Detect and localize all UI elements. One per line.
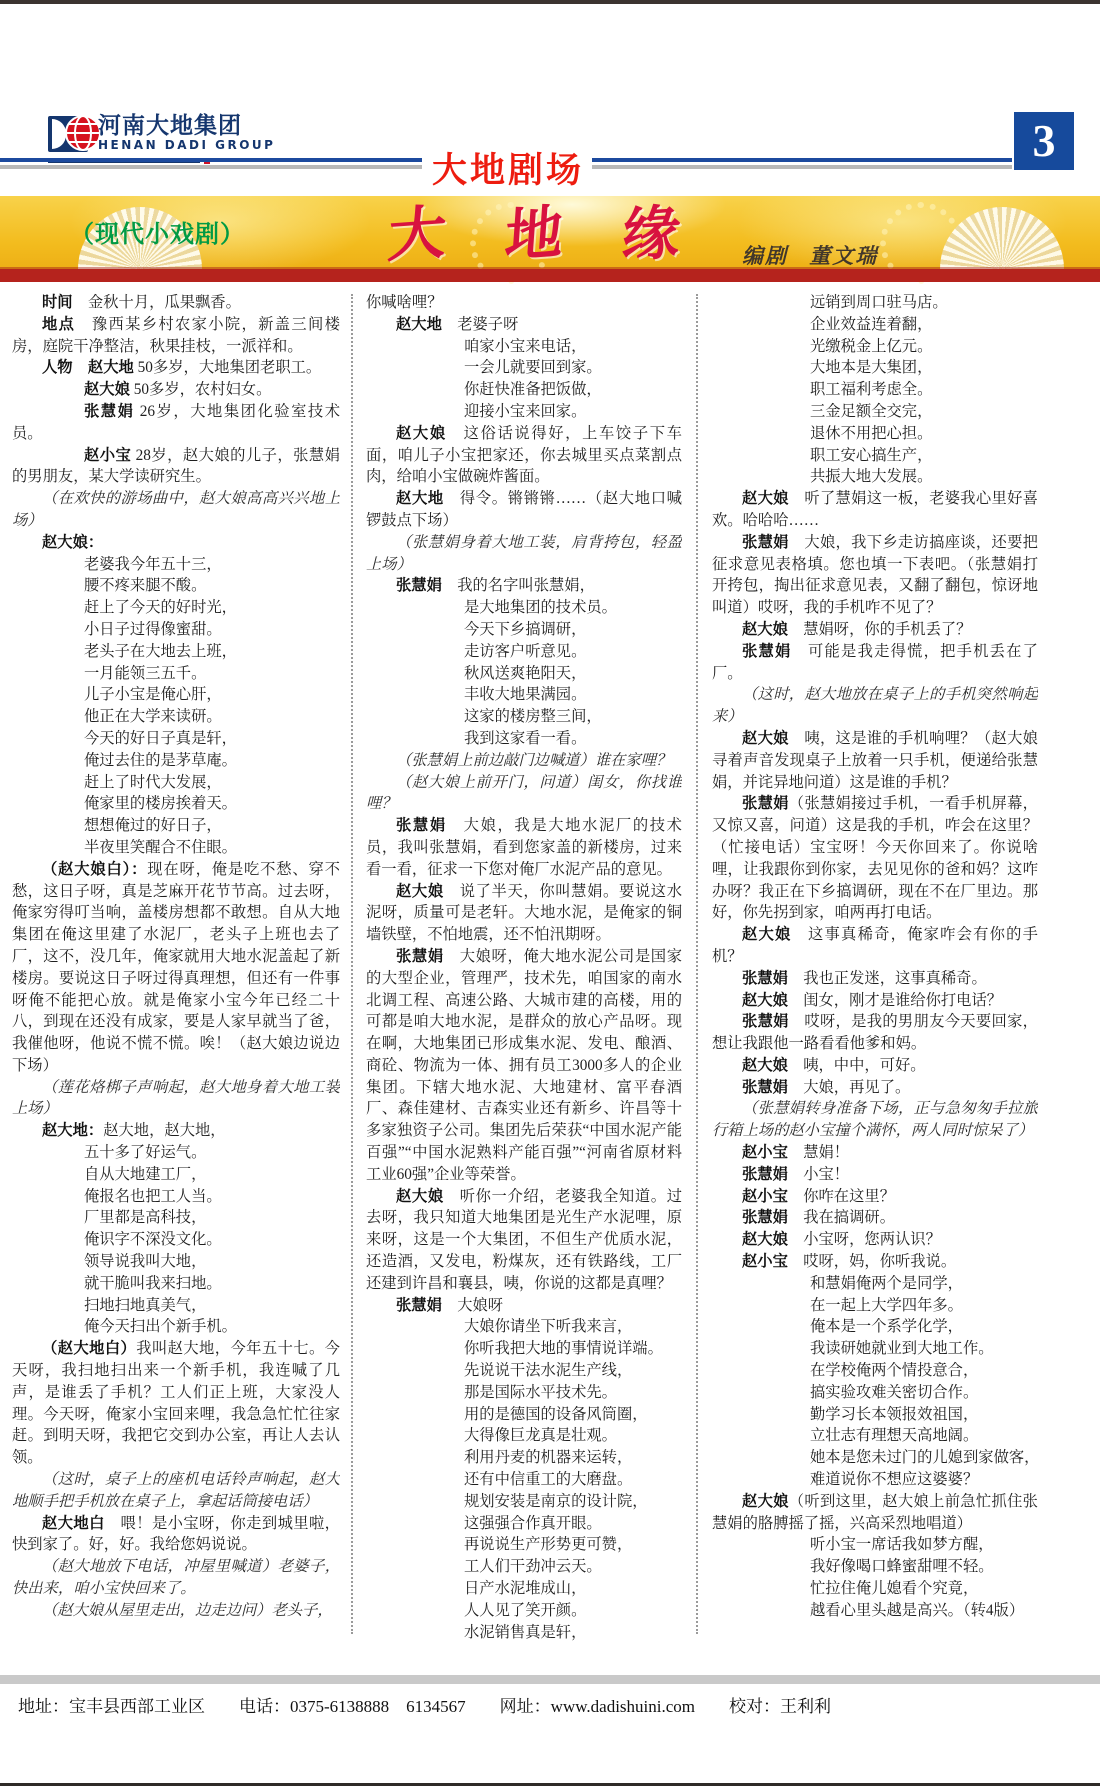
speaker-paragraph: 赵大娘 咦，中中，可好。	[712, 1055, 1038, 1077]
verse-line: 远销到周口驻马店。	[810, 292, 1038, 314]
verse-line: 半夜里笑醒合不住眼。	[84, 837, 340, 859]
speaker-name: 赵大娘	[742, 991, 788, 1009]
speaker-paragraph: 赵大娘 咦，这是谁的手机响哩？（赵大娘寻着声音发现桌子上放着一只手机，便递给张慧…	[712, 728, 1038, 793]
verse-line: 是大地集团的技术员。	[464, 597, 682, 619]
verse-line: 我到这家看一看。	[464, 728, 682, 750]
speaker-name: 张慧娟	[396, 576, 442, 594]
speaker-paragraph: 张慧娟 我也正发迷，这事真稀奇。	[712, 968, 1038, 990]
speaker-paragraph: 张慧娟 小宝！	[712, 1164, 1038, 1186]
verse-line: 光缴税金上亿元。	[810, 336, 1038, 358]
verse-line: 咱家小宝来电话，	[464, 336, 682, 358]
script-column-3: 远销到周口驻马店。企业效益连着翻，光缴税金上亿元。大地本是大集团，职工福利考虑全…	[712, 292, 1038, 1664]
meta-label: 人物	[42, 358, 73, 376]
verse-line: 俺报名也把工人当。	[84, 1186, 340, 1208]
speaker-paragraph: 赵大娘 听了慧娟这一板，老婆我心里好喜欢。哈哈哈……	[712, 488, 1038, 532]
verse-line: 立壮志有理想天高地阔。	[810, 1425, 1038, 1447]
verse-line: 俺家里的楼房挨着天。	[84, 793, 340, 815]
speaker-paragraph: 赵大娘 慧娟呀，你的手机丢了？	[712, 619, 1038, 641]
header-rule-right	[592, 158, 1012, 169]
column-separator	[351, 294, 353, 1634]
verse-block: 老婆我今年五十三，腰不疼来腿不酸。赶上了今天的好时光，小日子过得像蜜甜。老头子在…	[12, 554, 340, 859]
verse-line: 她本是您未过门的儿媳到家做客，	[810, 1447, 1038, 1469]
character-row: 赵大娘 50多岁，农村妇女。	[12, 379, 340, 401]
speaker-name: 张慧娟	[742, 1208, 788, 1226]
stage-direction: （赵大娘上前开门，问道）闺女，你找谁哩？	[366, 772, 682, 816]
meta-row: 地点 豫西某乡村农家小院，新盖三间楼房，庭院干净整洁，秋果挂枝，一派祥和。	[12, 314, 340, 358]
verse-block: 大娘你请坐下听我来言，你听我把大地的事情说详端。先说说干法水泥生产线，那是国际水…	[366, 1316, 682, 1643]
speaker-name: 张慧娟	[742, 1078, 788, 1096]
stage-direction: （张慧娟上前边敲门边喊道）谁在家哩？	[366, 750, 682, 772]
character-row: 赵小宝 28岁，赵大娘的儿子，张慧娟的男朋友，某大学读研究生。	[12, 445, 340, 489]
globe-icon	[64, 114, 102, 157]
speaker-paragraph: 赵大娘 说了半天，你叫慧娟。要说这水泥呀，质量可是老轩。大地水泥，是俺家的铜墙铁…	[366, 881, 682, 946]
speaker-name: 张慧娟	[742, 969, 788, 987]
stage-direction: （赵大娘从屋里走出，边走边问）老头子，	[12, 1600, 340, 1622]
speaker-paragraph: （赵大地白）我叫赵大地，今年五十七。今天呀，我扫地扫出来一个新手机，我连喊了几声…	[12, 1338, 340, 1469]
speaker-name: （赵大地白）	[42, 1339, 136, 1357]
speaker-name: 赵大地	[396, 315, 442, 333]
meta-label: 地点	[42, 315, 75, 333]
speaker-name: 赵大娘	[396, 1187, 444, 1205]
verse-line: 越看心里头越是高兴。（转4版）	[810, 1600, 1038, 1622]
verse-line: 勤学习长本领报效祖国，	[810, 1404, 1038, 1426]
verse-line: 那是国际水平技术先。	[464, 1382, 682, 1404]
footer-divider	[0, 1675, 1100, 1684]
speaker-name: 赵大娘：	[42, 533, 103, 551]
meta-label: 时间	[42, 293, 73, 311]
verse-line: 腰不疼来腿不酸。	[84, 575, 340, 597]
speaker-paragraph: 赵大地白 喂！是小宝呀，你走到城里啦，快到家了。好，好。我给您妈说说。	[12, 1513, 340, 1557]
speaker-name: 张慧娟	[742, 533, 789, 551]
logo-name-cn: 河南大地集团	[98, 114, 275, 138]
speaker-name: 赵大地	[396, 489, 444, 507]
stage-direction: （赵大地放下电话，冲屋里喊道）老婆子，快出来，咱小宝快回来了。	[12, 1556, 340, 1600]
script-column-2: 你喊啥哩？赵大地 老婆子呀咱家小宝来电话，一会儿就要回到家。你赶快准备把饭做，迎…	[366, 292, 682, 1664]
verse-line: 一月能领三五千。	[84, 663, 340, 685]
speaker-paragraph: 赵小宝 你咋在这里？	[712, 1186, 1038, 1208]
verse-line: 赶上了时代大发展，	[84, 772, 340, 794]
speaker-paragraph: 赵大娘 闺女，刚才是谁给你打电话？	[712, 990, 1038, 1012]
verse-line: 大娘你请坐下听我来言，	[464, 1316, 682, 1338]
speaker-paragraph: 赵大娘 小宝呀，您两认识？	[712, 1229, 1038, 1251]
verse-line: 俺今天扫出个新手机。	[84, 1316, 340, 1338]
verse-line: 人人见了笑开颜。	[464, 1600, 682, 1622]
verse-line: 这强强合作真开眼。	[464, 1513, 682, 1535]
verse-line: 丰收大地果满园。	[464, 684, 682, 706]
verse-line: 今天下乡搞调研，	[464, 619, 682, 641]
verse-line: 赶上了今天的好时光，	[84, 597, 340, 619]
verse-line: 水泥销售真是轩，	[464, 1622, 682, 1644]
speaker-name: 张慧娟	[396, 947, 444, 965]
speaker-verse-line: 赵大娘：	[12, 532, 340, 554]
speaker-paragraph: 赵大娘 这事真稀奇，俺家咋会有你的手机？	[712, 924, 1038, 968]
speaker-paragraph: （赵大娘白）：现在呀，俺是吃不愁、穿不愁，这日子呀，真是芝麻开花节节高。过去呀，…	[12, 859, 340, 1077]
verse-line: 今天的好日子真是轩，	[84, 728, 340, 750]
verse-line: 老头子在大地去上班，	[84, 641, 340, 663]
speaker-name: 赵小宝	[742, 1252, 788, 1270]
verse-line: 共振大地大发展。	[810, 466, 1038, 488]
play-title-char: 地	[503, 202, 565, 269]
verse-line: 俺过去住的是茅草庵。	[84, 750, 340, 772]
verse-line: 儿子小宝是俺心肝，	[84, 684, 340, 706]
speaker-name: 张慧娟	[396, 816, 447, 834]
speaker-name: （赵大娘白）：	[42, 860, 147, 878]
verse-line: 一会儿就要回到家。	[464, 357, 682, 379]
newspaper-page: 河南大地集团 HENAN DADI GROUP 3 大地剧场 （现代小戏剧） 大…	[0, 0, 1100, 1786]
verse-line: 俺本是一个系学化学，	[810, 1316, 1038, 1338]
stage-direction: （在欢快的游场曲中，赵大娘高高兴兴地上场）	[12, 488, 340, 532]
verse-line: 搞实验攻难关密切合作。	[810, 1382, 1038, 1404]
verse-line: 职工福利考虑全。	[810, 379, 1038, 401]
verse-line: 这家的楼房整三间，	[464, 706, 682, 728]
footer-address: 地址：宝丰县西部工业区	[18, 1692, 205, 1717]
speaker-name: 赵大娘	[742, 1230, 788, 1248]
verse-line: 你听我把大地的事情说详端。	[464, 1338, 682, 1360]
speaker-name: 张慧娟	[742, 1165, 788, 1183]
play-title-char: 大	[386, 202, 448, 269]
verse-line: 工人们干劲冲云天。	[464, 1556, 682, 1578]
speaker-name: 赵小宝	[742, 1187, 788, 1205]
verse-line: 和慧娟俺两个是同学，	[810, 1273, 1038, 1295]
speaker-verse-line: 赵大地 老婆子呀	[366, 314, 682, 336]
verse-line: 俺识字不深没文化。	[84, 1229, 340, 1251]
page-number-badge: 3	[1014, 112, 1074, 170]
verse-line: 听小宝一席话我如梦方醒，	[810, 1534, 1038, 1556]
playwright-credit: 编剧 董文瑞	[742, 240, 878, 270]
verse-line: 用的是德国的设备风筒圈，	[464, 1404, 682, 1426]
verse-line: 三金足额全交完，	[810, 401, 1038, 423]
script-column-1: 时间 金秋十月，瓜果飘香。地点 豫西某乡村农家小院，新盖三间楼房，庭院干净整洁，…	[12, 292, 340, 1664]
speaker-name: 赵大地白	[42, 1514, 105, 1532]
speaker-paragraph: 张慧娟 大娘，再见了。	[712, 1077, 1038, 1099]
verse-line: 秋风送爽艳阳天，	[464, 663, 682, 685]
logo-text: 河南大地集团 HENAN DADI GROUP	[98, 114, 275, 152]
stage-direction: （这时，桌子上的座机电话铃声响起，赵大地顺手把手机放在桌子上，拿起话筒接电话）	[12, 1469, 340, 1513]
verse-line: 你赶快准备把饭做，	[464, 379, 682, 401]
verse-line: 想想俺过的好日子，	[84, 815, 340, 837]
verse-line: 领导说我叫大地，	[84, 1251, 340, 1273]
speaker-name: 张慧娟	[396, 1296, 442, 1314]
verse-line: 还有中信重工的大磨盘。	[464, 1469, 682, 1491]
verse-block: 听小宝一席话我如梦方醒，我好像喝口蜂蜜甜哩不轻。忙拉住俺儿媳看个究竟，越看心里头…	[712, 1534, 1038, 1621]
stage-direction: （张慧娟转身准备下场，正与急匆匆手拉旅行箱上场的赵小宝撞个满怀，两人同时惊呆了）	[712, 1098, 1038, 1142]
company-logo: 河南大地集团 HENAN DADI GROUP	[48, 114, 288, 160]
verse-line: 再说说生产形势更可赞，	[464, 1534, 682, 1556]
credit-name: 董文瑞	[809, 244, 878, 268]
speaker-name: 赵大娘	[742, 620, 788, 638]
verse-block: 和慧娟俺两个是同学，在一起上大学四年多。俺本是一个系学化学，我读研她就业到大地工…	[712, 1273, 1038, 1491]
speaker-paragraph: 张慧娟 可能是我走得慌，把手机丢在了厂。	[712, 641, 1038, 685]
character-row: 张慧娟 26岁，大地集团化验室技术员。	[12, 401, 340, 445]
speaker-name: 张慧娟	[742, 794, 789, 812]
speaker-name: 赵大娘	[396, 424, 447, 442]
speaker-paragraph: 赵大娘 听你一介绍，老婆我全知道。过去呀，我只知道大地集团是光生产水泥哩，原来呀…	[366, 1186, 682, 1295]
character-name: 赵大地	[88, 358, 134, 376]
verse-line: 厂里都是高科技，	[84, 1207, 340, 1229]
speaker-name: 赵大娘	[742, 1056, 788, 1074]
speaker-name: 张慧娟	[742, 642, 792, 660]
speaker-verse-line: 张慧娟 大娘呀	[366, 1295, 682, 1317]
verse-line: 日产水泥堆成山，	[464, 1578, 682, 1600]
speaker-paragraph: 张慧娟 大娘，我是大地水泥厂的技术员，我叫张慧娟，看到您家盖的新楼房，过来看一看…	[366, 815, 682, 880]
verse-line: 走访客户听意见。	[464, 641, 682, 663]
verse-line: 忙拉住俺儿媳看个究竟，	[810, 1578, 1038, 1600]
verse-line: 在一起上大学四年多。	[810, 1295, 1038, 1317]
play-genre-label: （现代小戏剧）	[70, 214, 245, 249]
header-rule-left	[0, 158, 422, 169]
footer-info: 地址：宝丰县西部工业区 电话：0375-6138888 6134567 网址：w…	[18, 1692, 1082, 1717]
top-border	[0, 0, 1100, 4]
verse-line: 企业效益连着翻，	[810, 314, 1038, 336]
speaker-name: 张慧娟	[742, 1012, 789, 1030]
verse-line: 老婆我今年五十三，	[84, 554, 340, 576]
verse-line: 扫地扫地真美气，	[84, 1295, 340, 1317]
verse-block: 五十多了好运气。自从大地建工厂，俺报名也把工人当。厂里都是高科技，俺识字不深没文…	[12, 1142, 340, 1338]
footer-website: 网址：www.dadishuini.com	[500, 1692, 695, 1717]
meta-row: 人物 赵大地 50多岁，大地集团老职工。	[12, 357, 340, 379]
verse-line: 在学校俺两个情投意合，	[810, 1360, 1038, 1382]
speaker-name: 赵小宝	[742, 1143, 788, 1161]
meta-row: 时间 金秋十月，瓜果飘香。	[12, 292, 340, 314]
verse-block: 远销到周口驻马店。企业效益连着翻，光缴税金上亿元。大地本是大集团，职工福利考虑全…	[712, 292, 1038, 488]
verse-line: 我读研她就业到大地工作。	[810, 1338, 1038, 1360]
speaker-paragraph: 赵大娘 这俗话说得好，上车饺子下车面，咱儿子小宝把家还，你去城里买点菜割点肉，给…	[366, 423, 682, 488]
verse-line: 大得像巨龙真是壮观。	[464, 1425, 682, 1447]
speaker-paragraph: 赵大娘（听到这里，赵大娘上前急忙抓住张慧娟的胳膊摇了摇，兴高采烈地唱道）	[712, 1491, 1038, 1535]
speaker-name: 赵大娘	[742, 1492, 789, 1510]
speaker-paragraph: 张慧娟 大娘呀，俺大地水泥公司是国家的大型企业，管理严，技术先，咱国家的南水北调…	[366, 946, 682, 1186]
play-title-char: 缘	[620, 202, 682, 269]
play-title: 大 地 缘	[388, 204, 680, 266]
verse-line: 迎接小宝来回家。	[464, 401, 682, 423]
stage-direction: （张慧娟身着大地工装，肩背挎包，轻盈上场）	[366, 532, 682, 576]
footer-phone: 电话：0375-6138888 6134567	[239, 1692, 466, 1717]
speaker-paragraph: 张慧娟 哎呀，是我的男朋友今天要回家，想让我跟他一路看看他爹和妈。	[712, 1011, 1038, 1055]
column-separator	[696, 294, 698, 1634]
continuation-paragraph: 你喊啥哩？	[366, 292, 682, 314]
verse-line: 先说说干法水泥生产线，	[464, 1360, 682, 1382]
verse-line: 我好像喝口蜂蜜甜哩不轻。	[810, 1556, 1038, 1578]
speaker-paragraph: 张慧娟 我在搞调研。	[712, 1207, 1038, 1229]
speaker-paragraph: 张慧娟（张慧娟接过手机，一看手机屏幕，又惊又喜，问道）这是我的手机，咋会在这里？…	[712, 793, 1038, 924]
speaker-paragraph: 赵小宝 慧娟！	[712, 1142, 1038, 1164]
verse-line: 小日子过得像蜜甜。	[84, 619, 340, 641]
verse-line: 自从大地建工厂，	[84, 1164, 340, 1186]
verse-line: 利用丹麦的机器来运转，	[464, 1447, 682, 1469]
character-name: 赵大娘	[84, 380, 130, 398]
verse-line: 五十多了好运气。	[84, 1142, 340, 1164]
verse-block: 咱家小宝来电话，一会儿就要回到家。你赶快准备把饭做，迎接小宝来回家。	[366, 336, 682, 423]
speaker-name: 赵大娘	[742, 729, 789, 747]
banner-red-band	[0, 269, 1100, 282]
speaker-paragraph: 张慧娟 大娘，我下乡走访搞座谈，还要把征求意见表格填。您也填一下表吧。（张慧娟打…	[712, 532, 1038, 619]
fan-icon	[940, 207, 1064, 269]
speaker-paragraph: 赵大地 得令。锵锵锵……（赵大地口喊锣鼓点下场）	[366, 488, 682, 532]
stage-direction: （莲花烙梆子声响起，赵大地身着大地工装上场）	[12, 1077, 340, 1121]
speaker-name: 赵大娘	[396, 882, 444, 900]
logo-name-en: HENAN DADI GROUP	[98, 138, 275, 152]
speaker-name: 赵大地：	[42, 1121, 103, 1139]
speaker-verse-line: 张慧娟 我的名字叫张慧娟，	[366, 575, 682, 597]
verse-line: 大地本是大集团，	[810, 357, 1038, 379]
speaker-verse-line: 赵大地：赵大地，赵大地，	[12, 1120, 340, 1142]
speaker-name: 赵大娘	[742, 925, 792, 943]
credit-label: 编剧	[742, 244, 788, 268]
character-name: 张慧娟	[84, 402, 134, 420]
stage-direction: （这时，赵大地放在桌子上的手机突然响起来）	[712, 684, 1038, 728]
play-banner: （现代小戏剧） 大 地 缘 编剧 董文瑞	[0, 196, 1100, 282]
footer-proofreader: 校对：王利利	[729, 1692, 831, 1717]
verse-line: 难道说你不想应这婆婆？	[810, 1469, 1038, 1491]
verse-line: 退休不用把心担。	[810, 423, 1038, 445]
verse-block: 是大地集团的技术员。今天下乡搞调研，走访客户听意见。秋风送爽艳阳天，丰收大地果满…	[366, 597, 682, 750]
verse-line: 就干脆叫我来扫地。	[84, 1273, 340, 1295]
verse-line: 规划安装是南京的设计院，	[464, 1491, 682, 1513]
verse-line: 他正在大学来读研。	[84, 706, 340, 728]
section-title: 大地剧场	[418, 143, 598, 193]
speaker-verse-line: 赵小宝 哎呀，妈，你听我说。	[712, 1251, 1038, 1273]
speaker-name: 赵大娘	[742, 489, 789, 507]
character-name: 赵小宝	[84, 446, 131, 464]
verse-line: 职工安心搞生产，	[810, 445, 1038, 467]
